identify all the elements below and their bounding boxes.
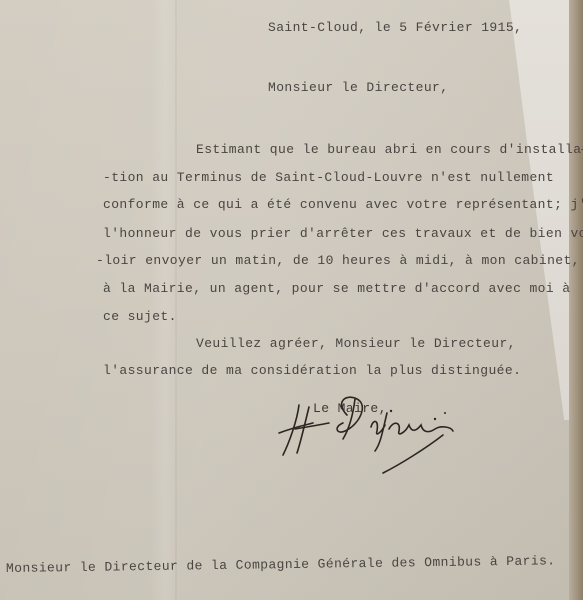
body-line-3: conforme à ce qui a été convenu avec vot… — [103, 197, 583, 212]
letter-page: Saint-Cloud, le 5 Février 1915, Monsieur… — [0, 0, 583, 600]
place-date: Saint-Cloud, le 5 Février 1915, — [268, 20, 522, 35]
page-edge — [569, 0, 583, 600]
body-line-4: l'honneur de vous prier d'arrêter ces tr… — [103, 226, 583, 241]
salutation: Monsieur le Directeur, — [268, 80, 448, 95]
body-line-5: -loir envoyer un matin, de 10 heures à m… — [96, 253, 580, 268]
recipient-line: Monsieur le Directeur de la Compagnie Gé… — [6, 553, 556, 576]
body-line-2: -tion au Terminus de Saint-Cloud-Louvre … — [103, 170, 554, 185]
closing-line-2: l'assurance de ma considération la plus … — [103, 363, 521, 378]
body-line-1: Estimant que le bureau abri en cours d'i… — [196, 142, 583, 157]
body-line-6: à la Mairie, un agent, pour se mettre d'… — [103, 281, 570, 296]
paper-fold-crease — [175, 0, 177, 600]
body-line-text: l'honneur de vous prier d'arrêter ces tr… — [103, 226, 583, 241]
handwritten-signature-icon — [275, 385, 465, 475]
body-line-text: Estimant que le bureau abri en cours d'i… — [196, 142, 581, 157]
body-line-7: ce sujet. — [103, 309, 177, 324]
closing-line-1: Veuillez agréer, Monsieur le Directeur, — [196, 336, 516, 351]
